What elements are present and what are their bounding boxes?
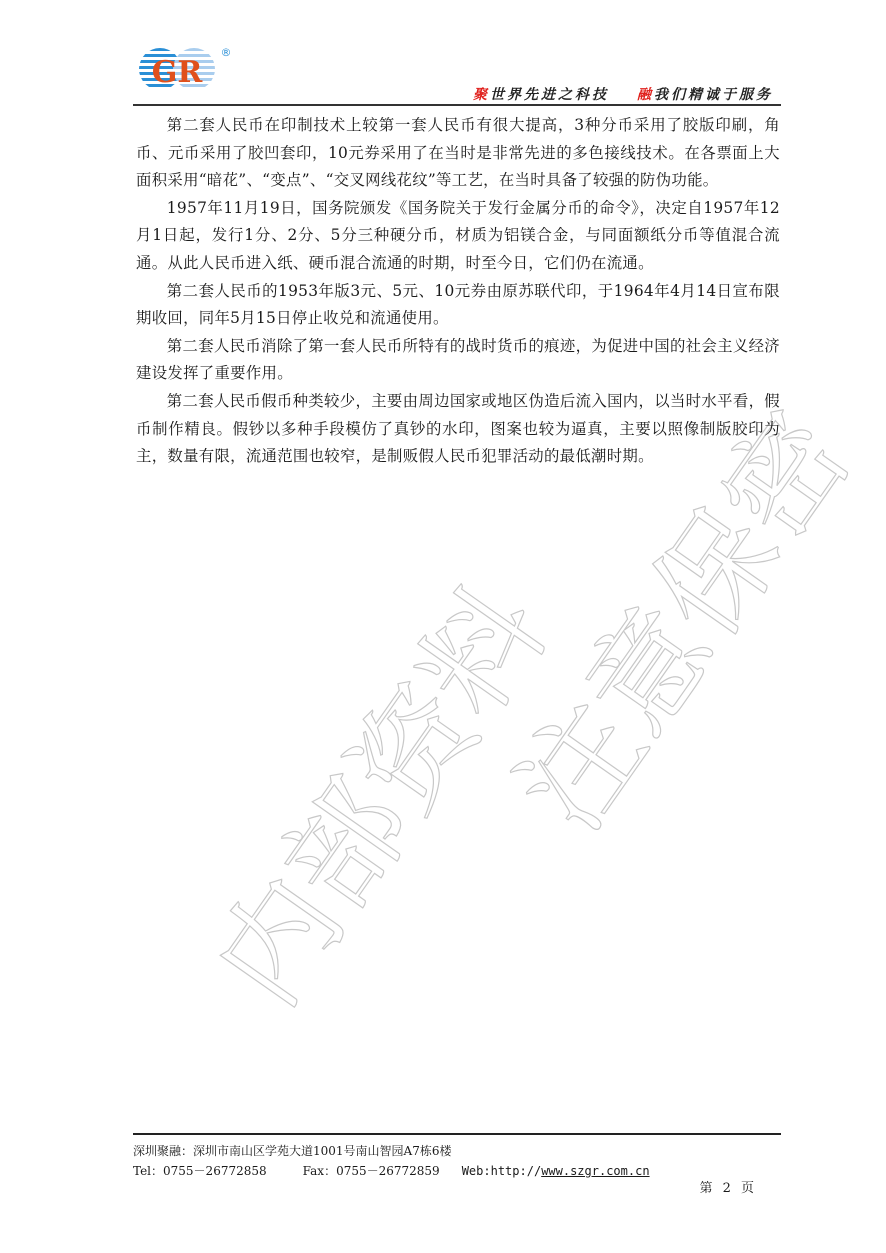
page-header: GR ® 聚世界先进之科技融我们精诚于服务 xyxy=(133,40,781,110)
company-label: 深圳聚融： xyxy=(133,1144,193,1158)
paragraph: 第二套人民币在印制技术上较第一套人民币有很大提高，3种分币采用了胶版印刷，角币、… xyxy=(136,112,780,195)
gr-logo-icon: GR ® xyxy=(133,44,233,90)
company-slogan: 聚世界先进之科技融我们精诚于服务 xyxy=(473,84,773,104)
svg-text:GR: GR xyxy=(152,55,204,90)
company-logo: GR ® xyxy=(133,44,233,90)
web-label: Web:http:// xyxy=(462,1164,541,1178)
tel-number: 0755－26772858 xyxy=(163,1164,267,1178)
fax-label: Fax： xyxy=(303,1164,336,1178)
footer-divider xyxy=(133,1133,781,1135)
website-link[interactable]: www.szgr.com.cn xyxy=(541,1164,649,1178)
company-address: 深圳市南山区学苑大道1001号南山智园A7栋6楼 xyxy=(193,1144,451,1158)
slogan-accent-1: 聚 xyxy=(473,87,490,103)
paragraph: 第二套人民币的1953年版3元、5元、10元券由原苏联代印，于1964年4月14… xyxy=(136,278,780,333)
footer-address-line: 深圳聚融：深圳市南山区学苑大道1001号南山智园A7栋6楼 xyxy=(133,1141,781,1161)
header-divider xyxy=(133,104,781,106)
paragraph: 第二套人民币假币种类较少，主要由周边国家或地区伪造后流入国内，以当时水平看，假币… xyxy=(136,388,780,471)
tel-label: Tel： xyxy=(133,1164,163,1178)
paragraph: 第二套人民币消除了第一套人民币所特有的战时货币的痕迹，为促进中国的社会主义经济建… xyxy=(136,333,780,388)
paragraph: 1957年11月19日，国务院颁发《国务院关于发行金属分币的命令》，决定自195… xyxy=(136,195,780,278)
slogan-text-1: 世界先进之科技 xyxy=(490,87,609,103)
watermark-internal-material: 内部资料 xyxy=(168,548,578,1032)
footer-contact-line: Tel：0755－26772858Fax：0755－26772859Web:ht… xyxy=(133,1161,781,1181)
slogan-accent-2: 融 xyxy=(637,87,654,103)
page-number: 第 2 页 xyxy=(699,1177,757,1196)
document-body: 第二套人民币在印制技术上较第一套人民币有很大提高，3种分币采用了胶版印刷，角币、… xyxy=(136,112,780,471)
svg-text:®: ® xyxy=(221,46,232,59)
slogan-text-2: 我们精诚于服务 xyxy=(654,87,773,103)
page-footer: 深圳聚融：深圳市南山区学苑大道1001号南山智园A7栋6楼 Tel：0755－2… xyxy=(133,1133,781,1181)
fax-number: 0755－26772859 xyxy=(336,1164,440,1178)
